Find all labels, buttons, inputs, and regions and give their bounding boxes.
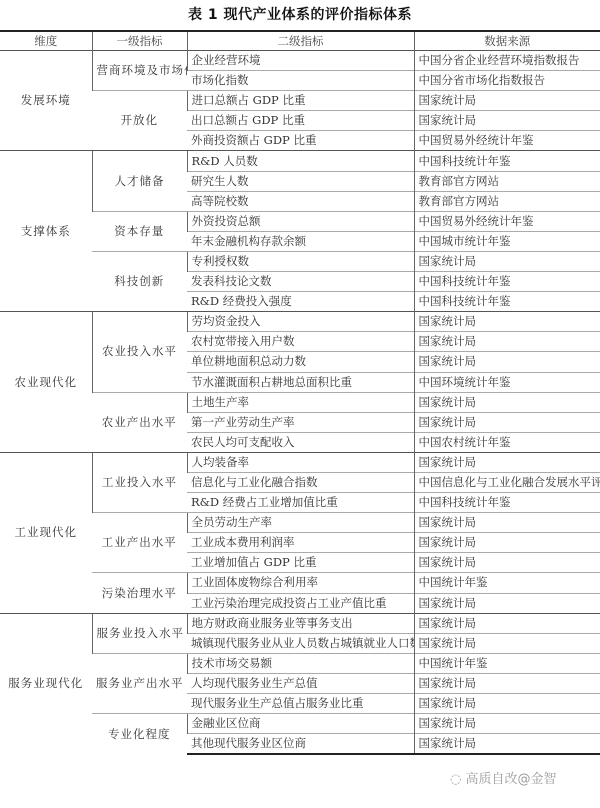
table-row: 发展环境 营商环境及市场化 企业经营环境 中国分省企业经营环境指数报告	[0, 51, 600, 71]
indicator-cell: 农村宽带接入用户数	[187, 332, 414, 352]
source-cell: 国家统计局	[414, 694, 600, 714]
source-cell: 中国环境统计年鉴	[414, 372, 600, 392]
dimension-cell: 发展环境	[0, 51, 92, 151]
source-cell: 国家统计局	[414, 513, 600, 533]
indicator-cell: 农民人均可支配收入	[187, 432, 414, 452]
indicator-cell: 第一产业劳动生产率	[187, 412, 414, 432]
level1-cell: 服务业产出水平	[92, 653, 187, 713]
table-row: 农业现代化 农业投入水平 劳均资金投入 国家统计局	[0, 312, 600, 332]
source-cell: 国家统计局	[414, 533, 600, 553]
indicator-table: 维度 一级指标 二级指标 数据来源 发展环境 营商环境及市场化 企业经营环境 中…	[0, 30, 600, 755]
level1-cell: 资本存量	[92, 211, 187, 251]
source-cell: 国家统计局	[414, 392, 600, 412]
indicator-cell: 其他现代服务业区位商	[187, 734, 414, 755]
source-cell: 中国科技统计年鉴	[414, 272, 600, 292]
source-cell: 国家统计局	[414, 251, 600, 271]
watermark: ◌ 高质自改@金智	[450, 768, 557, 787]
source-cell: 中国分省市场化指数报告	[414, 71, 600, 91]
indicator-cell: R&D 人员数	[187, 151, 414, 171]
source-cell: 国家统计局	[414, 312, 600, 332]
source-cell: 中国科技统计年鉴	[414, 493, 600, 513]
level1-cell: 科技创新	[92, 251, 187, 311]
source-cell: 中国科技统计年鉴	[414, 292, 600, 312]
table-row: 支撑体系 人才储备 R&D 人员数 中国科技统计年鉴	[0, 151, 600, 171]
indicator-cell: 企业经营环境	[187, 51, 414, 71]
indicator-cell: 金融业区位商	[187, 714, 414, 734]
source-cell: 国家统计局	[414, 553, 600, 573]
source-cell: 国家统计局	[414, 673, 600, 693]
source-cell: 国家统计局	[414, 452, 600, 472]
indicator-cell: 出口总额占 GDP 比重	[187, 111, 414, 131]
source-cell: 国家统计局	[414, 91, 600, 111]
indicator-cell: 研究生人数	[187, 171, 414, 191]
indicator-cell: 城镇现代服务业从业人员数占城镇就业人口数比重	[187, 633, 414, 653]
indicator-cell: 人均装备率	[187, 452, 414, 472]
header-level2: 二级指标	[187, 31, 414, 51]
table-row: 工业现代化 工业投入水平 人均装备率 国家统计局	[0, 452, 600, 472]
indicator-cell: 年末金融机构存款余额	[187, 231, 414, 251]
indicator-cell: 高等院校数	[187, 191, 414, 211]
indicator-cell: 节水灌溉面积占耕地总面积比重	[187, 372, 414, 392]
indicator-cell: 全员劳动生产率	[187, 513, 414, 533]
dimension-cell: 工业现代化	[0, 452, 92, 613]
dimension-cell: 支撑体系	[0, 151, 92, 312]
indicator-cell: 人均现代服务业生产总值	[187, 673, 414, 693]
source-cell: 中国贸易外经统计年鉴	[414, 131, 600, 151]
source-cell: 中国统计年鉴	[414, 653, 600, 673]
indicator-cell: 工业固体废物综合利用率	[187, 573, 414, 593]
source-cell: 国家统计局	[414, 352, 600, 372]
source-cell: 国家统计局	[414, 613, 600, 633]
indicator-cell: 劳均资金投入	[187, 312, 414, 332]
level1-cell: 污染治理水平	[92, 573, 187, 613]
source-cell: 国家统计局	[414, 412, 600, 432]
level1-cell: 农业投入水平	[92, 312, 187, 392]
indicator-cell: 土地生产率	[187, 392, 414, 412]
indicator-cell: 发表科技论文数	[187, 272, 414, 292]
source-cell: 中国信息化与工业化融合发展水平评估蓝皮书	[414, 472, 600, 492]
indicator-cell: 信息化与工业化融合指数	[187, 472, 414, 492]
source-cell: 中国城市统计年鉴	[414, 231, 600, 251]
source-cell: 国家统计局	[414, 111, 600, 131]
indicator-cell: 进口总额占 GDP 比重	[187, 91, 414, 111]
source-cell: 教育部官方网站	[414, 171, 600, 191]
level1-cell: 人才储备	[92, 151, 187, 211]
indicator-cell: 工业污染治理完成投资占工业产值比重	[187, 593, 414, 613]
indicator-cell: R&D 经费占工业增加值比重	[187, 493, 414, 513]
indicator-cell: 工业增加值占 GDP 比重	[187, 553, 414, 573]
indicator-cell: 专利授权数	[187, 251, 414, 271]
level1-cell: 工业产出水平	[92, 513, 187, 573]
indicator-cell: 地方财政商业服务业等事务支出	[187, 613, 414, 633]
indicator-cell: 外商投资额占 GDP 比重	[187, 131, 414, 151]
header-source: 数据来源	[414, 31, 600, 51]
level1-cell: 农业产出水平	[92, 392, 187, 452]
dimension-cell: 服务业现代化	[0, 613, 92, 754]
indicator-cell: 现代服务业生产总值占服务业比重	[187, 694, 414, 714]
level1-cell: 开放化	[92, 91, 187, 151]
dimension-cell: 农业现代化	[0, 312, 92, 453]
source-cell: 国家统计局	[414, 714, 600, 734]
wechat-icon: ◌	[450, 772, 465, 787]
level1-cell: 营商环境及市场化	[92, 51, 187, 91]
table-header-row: 维度 一级指标 二级指标 数据来源	[0, 31, 600, 51]
header-level1: 一级指标	[92, 31, 187, 51]
indicator-cell: R&D 经费投入强度	[187, 292, 414, 312]
header-dimension: 维度	[0, 31, 92, 51]
source-cell: 中国统计年鉴	[414, 573, 600, 593]
source-cell: 国家统计局	[414, 593, 600, 613]
table-row: 服务业现代化 服务业投入水平 地方财政商业服务业等事务支出 国家统计局	[0, 613, 600, 633]
source-cell: 中国贸易外经统计年鉴	[414, 211, 600, 231]
indicator-cell: 单位耕地面积总动力数	[187, 352, 414, 372]
source-cell: 教育部官方网站	[414, 191, 600, 211]
indicator-cell: 市场化指数	[187, 71, 414, 91]
source-cell: 中国科技统计年鉴	[414, 151, 600, 171]
indicator-cell: 工业成本费用利润率	[187, 533, 414, 553]
source-cell: 国家统计局	[414, 633, 600, 653]
indicator-cell: 外资投资总额	[187, 211, 414, 231]
level1-cell: 服务业投入水平	[92, 613, 187, 653]
source-cell: 国家统计局	[414, 734, 600, 755]
source-cell: 中国分省企业经营环境指数报告	[414, 51, 600, 71]
table-title: 表 1 现代产业体系的评价指标体系	[0, 4, 600, 24]
source-cell: 国家统计局	[414, 332, 600, 352]
level1-cell: 专业化程度	[92, 714, 187, 755]
indicator-cell: 技术市场交易额	[187, 653, 414, 673]
level1-cell: 工业投入水平	[92, 452, 187, 512]
source-cell: 中国农村统计年鉴	[414, 432, 600, 452]
